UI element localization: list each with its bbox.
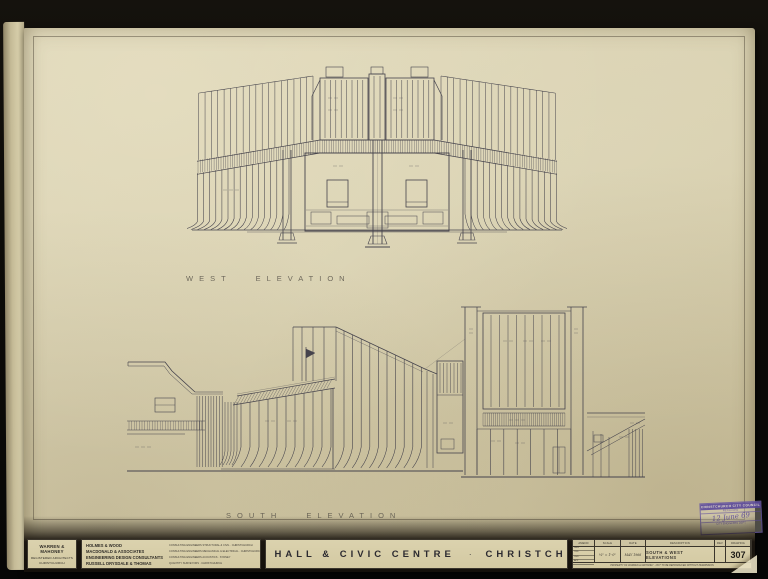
consultant-names: HOLMES & WOOD MACDONALD & ASSOCIATES ENG… [86,543,163,565]
project-title-block: TOWN HALL & CIVIC CENTRE · CHRISTCHURCH [265,539,568,569]
col-header-amend: AMEND [573,540,595,547]
drawing-sheet: WEST ELEVATION SOUTH ELEVATION CHRISTCHU… [24,28,755,572]
description-cell: SOUTH & WEST ELEVATIONS [646,547,715,563]
scale-cell: ⅛" = 1'-0" [595,547,621,563]
south-elevation-drawing [125,301,649,519]
col-header-rev: REV [715,540,726,547]
drawing-info-table: AMEND SCALE DATE DESCRIPTION REV DRAWING… [573,540,751,563]
architect-line3: CHRISTCHURCH [28,561,76,565]
col-header-number: DRAWING [726,540,751,547]
rev-cell [715,547,726,563]
architect-name: WARREN & MAHONEY [28,544,76,554]
consultant-role: CONSULTING ENGINEERS MECHANICAL & ELECTR… [169,549,261,555]
west-elevation-svg [187,66,567,278]
copyright-note: PROPERTY OF WARREN & MAHONEY · NOT TO BE… [573,563,751,568]
title-strip: WARREN & MAHONEY REGISTERED ARCHITECTS C… [27,539,752,569]
south-elevation-svg [125,301,649,519]
west-elevation-label: WEST ELEVATION [186,274,351,283]
title-separator: · [469,550,472,559]
date-cell: MAY 1966 [621,547,646,563]
project-title: TOWN HALL & CIVIC CENTRE [265,549,455,560]
consultant-name: ENGINEERING DESIGN CONSULTANTS [86,555,163,561]
west-elevation-drawing [187,66,567,278]
drawing-info-block: AMEND SCALE DATE DESCRIPTION REV DRAWING… [572,539,752,569]
consultants-block: HOLMES & WOOD MACDONALD & ASSOCIATES ENG… [81,539,261,569]
consultant-role: QUANTITY SURVEYORS · CHRISTCHURCH [169,561,261,567]
project-city: CHRISTCHURCH [485,549,568,560]
architect-block: WARREN & MAHONEY REGISTERED ARCHITECTS C… [27,539,77,569]
page-corner-curl [731,555,757,573]
consultant-name: RUSSELL DRYSDALE & THOMAS [86,561,163,567]
amend-cell: DRN TRD CHD APP [573,547,595,563]
col-header-description: DESCRIPTION [646,540,715,547]
col-header-scale: SCALE [595,540,621,547]
consultant-roles: CONSULTING ENGINEERS STRUCTURAL & CIVIL … [169,543,261,565]
architect-line2: REGISTERED ARCHITECTS [28,556,76,560]
col-header-date: DATE [621,540,646,547]
